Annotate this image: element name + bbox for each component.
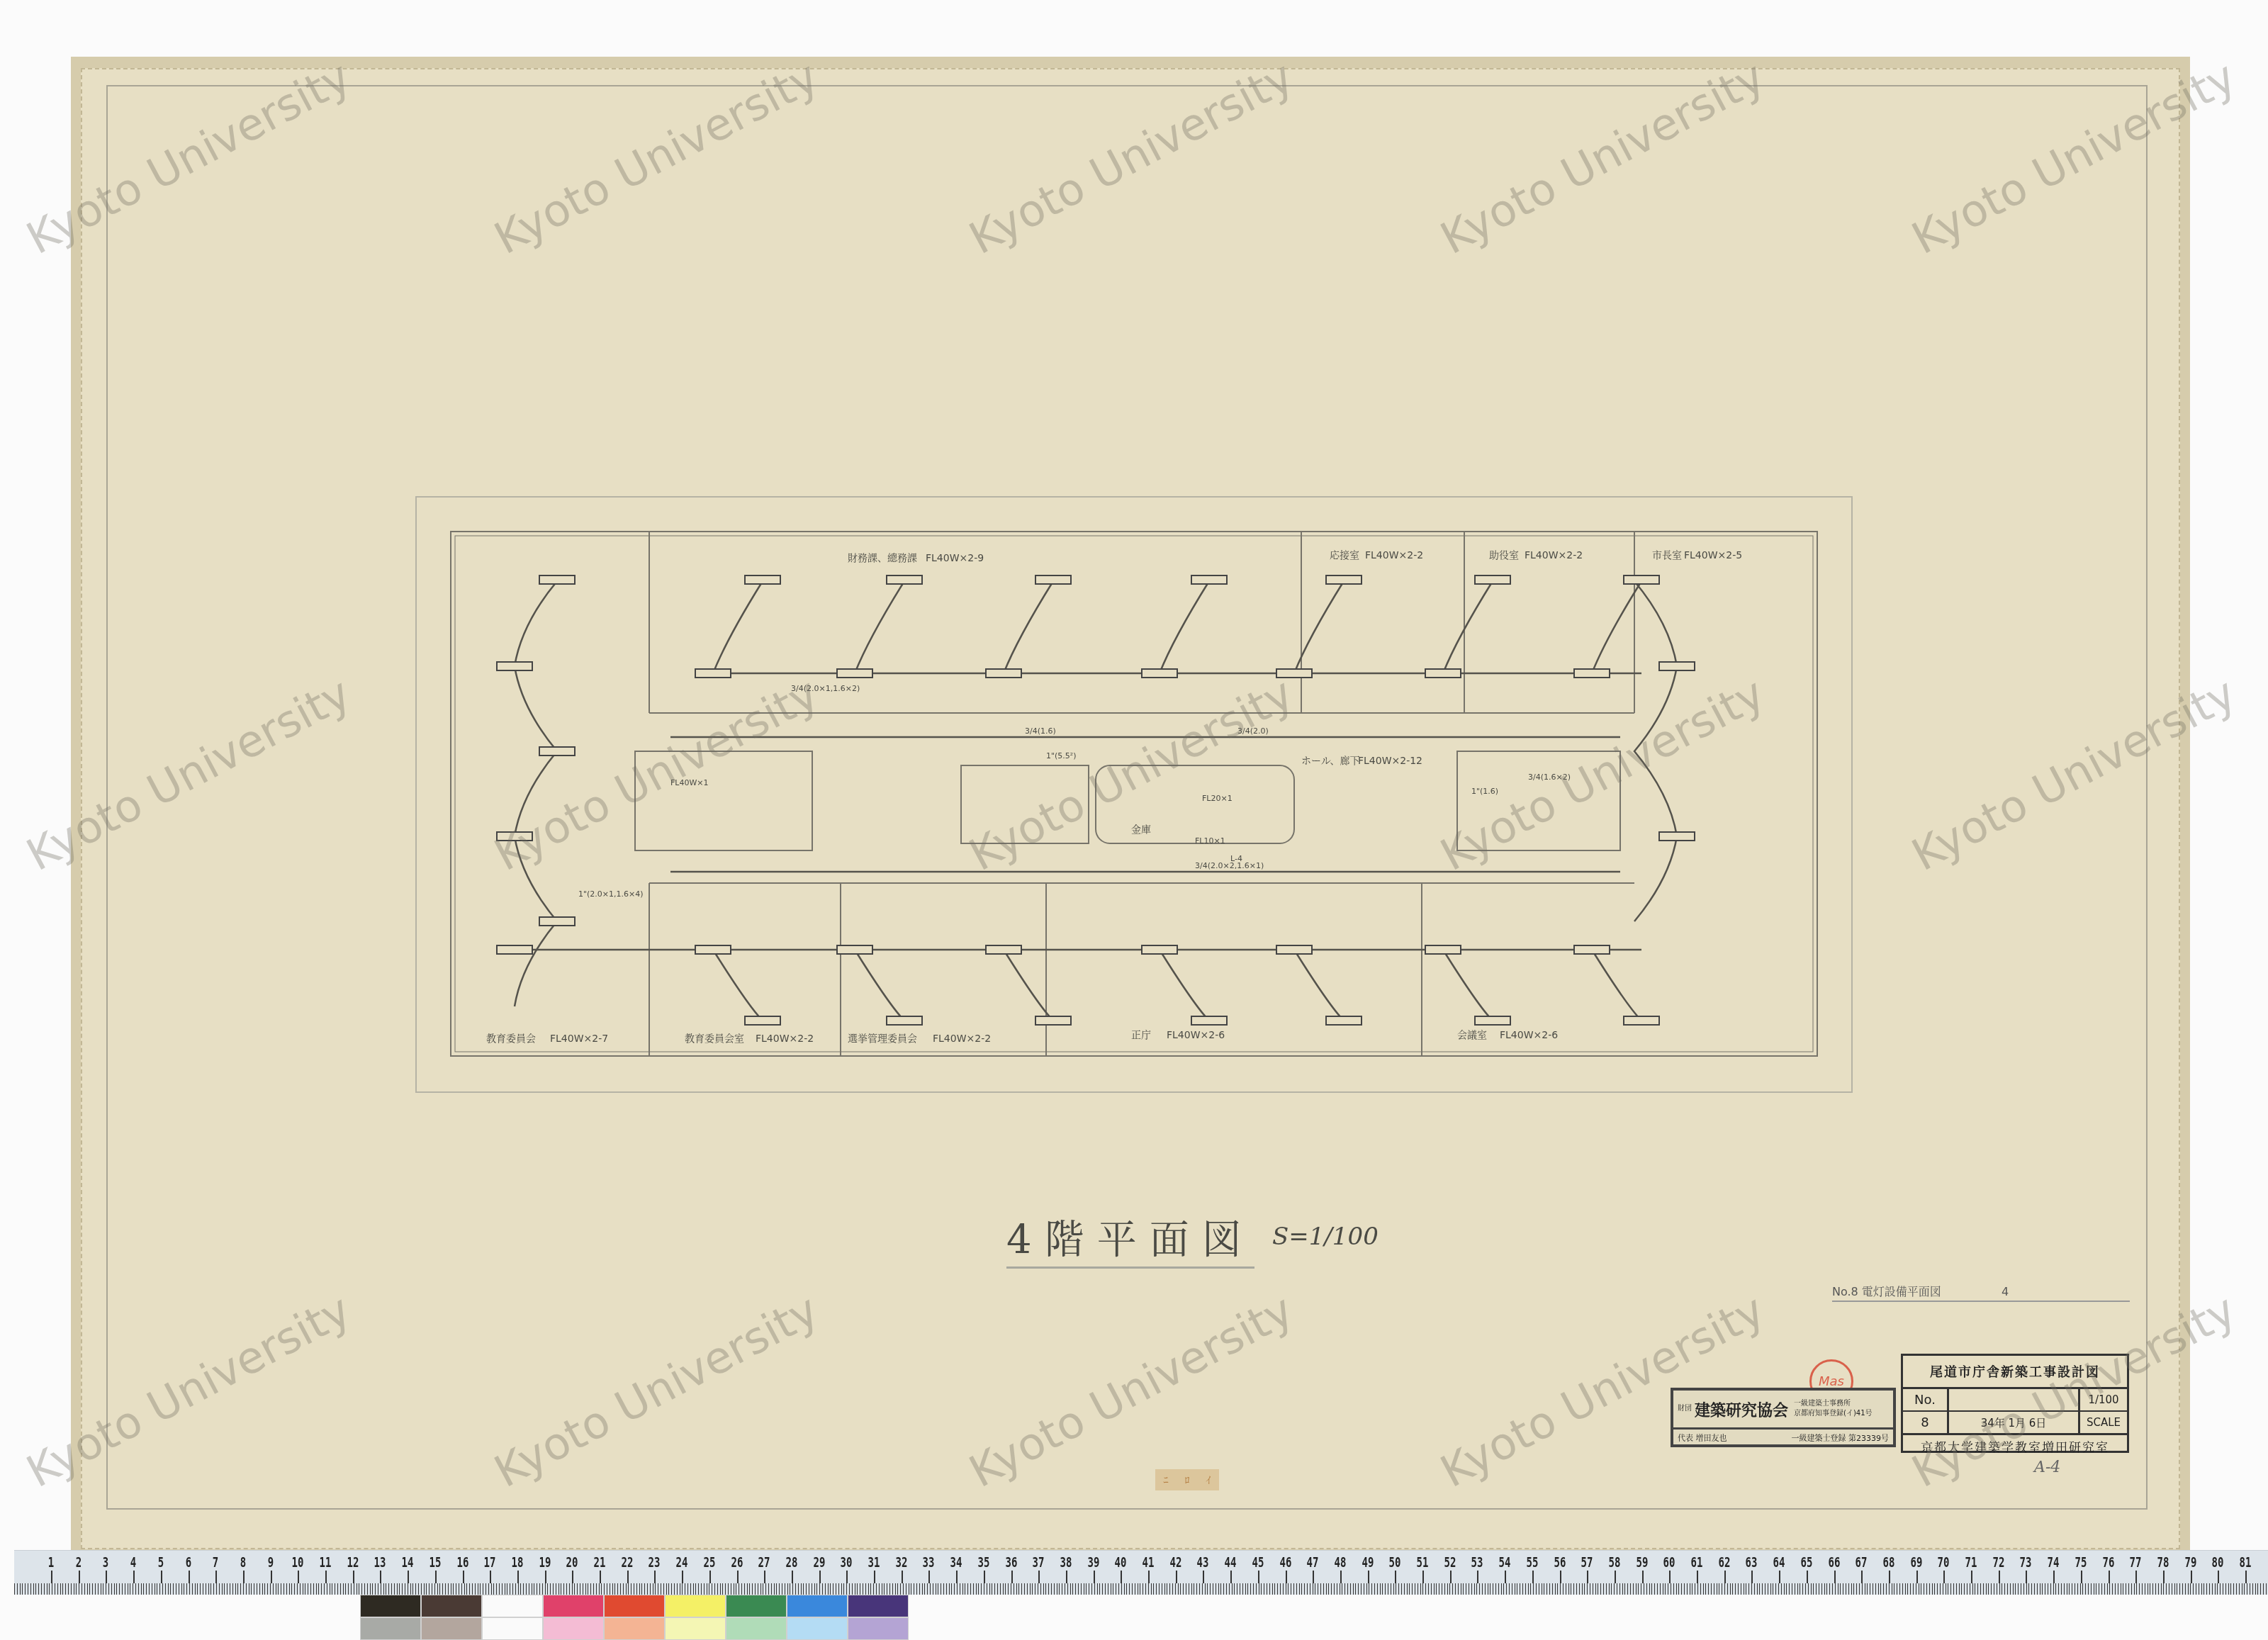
firm-prefix: 財団 xyxy=(1678,1404,1692,1414)
color-swatch xyxy=(482,1617,543,1640)
sheet-no-label: No. xyxy=(1903,1389,1947,1412)
ruler-number: 41 xyxy=(1143,1554,1155,1571)
ruler-major-tick xyxy=(1066,1571,1067,1583)
ruler-major-tick xyxy=(133,1571,135,1583)
room-fixture-education-room: FL40W×2-2 xyxy=(756,1033,814,1045)
room-label-election: 選挙管理委員会 xyxy=(848,1033,917,1045)
ruler-number: 22 xyxy=(621,1554,633,1571)
ruler-number: 57 xyxy=(1581,1554,1593,1571)
ruler-major-tick xyxy=(1807,1571,1808,1583)
firm-rep-registration: 一級建築士登録 第23339号 xyxy=(1792,1432,1890,1444)
ruler-major-tick xyxy=(1011,1571,1013,1583)
ruler-number: 37 xyxy=(1033,1554,1045,1571)
ruler-major-tick xyxy=(106,1571,107,1583)
color-swatch xyxy=(360,1595,421,1617)
ruler-number: 52 xyxy=(1444,1554,1456,1571)
ruler-number: 28 xyxy=(785,1554,797,1571)
ruler-major-tick xyxy=(1642,1571,1644,1583)
ruler-major-tick xyxy=(1532,1571,1534,1583)
ruler-major-tick xyxy=(1971,1571,1972,1583)
room-fixture-election: FL40W×2-2 xyxy=(933,1033,991,1045)
ruler-major-tick xyxy=(1587,1571,1588,1583)
ruler-number: 66 xyxy=(1828,1554,1840,1571)
ruler-major-tick xyxy=(764,1571,765,1583)
ruler-number: 53 xyxy=(1471,1554,1483,1571)
firm-registration: 一級建築士事務所 京都府知事登録(イ)41号 xyxy=(1794,1399,1873,1419)
ruler-major-tick xyxy=(1861,1571,1863,1583)
ruler-number: 10 xyxy=(292,1554,304,1571)
ruler-number: 6 xyxy=(185,1554,191,1571)
tape-mark: ﾆ xyxy=(1164,1473,1169,1487)
ruler-major-tick xyxy=(215,1571,217,1583)
ruler-number: 43 xyxy=(1197,1554,1209,1571)
ruler-number: 42 xyxy=(1169,1554,1181,1571)
ruler-number: 4 xyxy=(130,1554,136,1571)
ruler-number: 65 xyxy=(1800,1554,1812,1571)
ruler-major-tick xyxy=(1121,1571,1122,1583)
ruler-major-tick xyxy=(1779,1571,1780,1583)
ruler-number: 62 xyxy=(1718,1554,1730,1571)
ruler-major-tick xyxy=(1176,1571,1177,1583)
ruler-number: 26 xyxy=(731,1554,743,1571)
ruler-number: 30 xyxy=(841,1554,853,1571)
ruler-number: 64 xyxy=(1773,1554,1785,1571)
color-swatch xyxy=(787,1617,848,1640)
ruler-number: 36 xyxy=(1005,1554,1017,1571)
ruler-major-tick xyxy=(463,1571,464,1583)
firm-representative: 代表 增田友也 xyxy=(1678,1432,1727,1444)
ruler-number: 54 xyxy=(1499,1554,1511,1571)
ruler-number: 48 xyxy=(1334,1554,1346,1571)
ruler-major-tick xyxy=(325,1571,327,1583)
ruler-major-tick xyxy=(819,1571,821,1583)
ruler-number: 45 xyxy=(1252,1554,1264,1571)
ruler-number: 61 xyxy=(1691,1554,1703,1571)
ruler-major-tick xyxy=(2135,1571,2137,1583)
ruler-major-tick xyxy=(2245,1571,2247,1583)
wiring-label: FL10×1 xyxy=(1195,836,1225,846)
color-swatch xyxy=(787,1595,848,1617)
room-label-deputy-mayor: 助役室 xyxy=(1489,550,1519,561)
ruler-number: 51 xyxy=(1417,1554,1429,1571)
ruler-number: 9 xyxy=(267,1554,273,1571)
ruler-number: 20 xyxy=(566,1554,578,1571)
color-swatch xyxy=(604,1595,665,1617)
wiring-label: 1"(1.6) xyxy=(1471,787,1498,796)
ruler-number: 23 xyxy=(649,1554,661,1571)
ruler-number: 21 xyxy=(594,1554,606,1571)
firm-name: 建築研究協会 xyxy=(1695,1398,1788,1420)
ruler-number: 81 xyxy=(2240,1554,2252,1571)
ruler-number: 27 xyxy=(758,1554,770,1571)
wiring-label: FL20×1 xyxy=(1202,794,1233,803)
ruler-major-tick xyxy=(792,1571,793,1583)
color-swatch xyxy=(421,1617,482,1640)
ruler-major-tick xyxy=(161,1571,162,1583)
ruler-major-tick xyxy=(435,1571,437,1583)
ruler-major-tick xyxy=(572,1571,573,1583)
ruler-number: 38 xyxy=(1060,1554,1072,1571)
ruler-major-tick xyxy=(1751,1571,1753,1583)
ruler-major-tick xyxy=(984,1571,985,1583)
room-label-hall-corridor: ホール、廊下 xyxy=(1301,755,1360,767)
room-fixture-conference: FL40W×2-6 xyxy=(1500,1030,1558,1041)
ruler-major-tick xyxy=(1038,1571,1040,1583)
wiring-label: 1"(5.5²) xyxy=(1046,751,1077,760)
ruler-number: 50 xyxy=(1389,1554,1401,1571)
ruler-major-tick xyxy=(1724,1571,1726,1583)
ruler-major-tick xyxy=(517,1571,519,1583)
wiring-label: L-4 xyxy=(1230,854,1242,863)
ruler-number: 76 xyxy=(2102,1554,2114,1571)
room-fixture-mayor: FL40W×2-5 xyxy=(1684,550,1742,561)
ruler-major-tick xyxy=(1477,1571,1478,1583)
color-swatch xyxy=(482,1595,543,1617)
sheet-note-number: No.8 xyxy=(1832,1285,1858,1298)
ruler-major-tick xyxy=(709,1571,711,1583)
room-fixture-reception: FL40W×2-2 xyxy=(1365,550,1423,561)
tape-mark: ﾛ xyxy=(1185,1473,1190,1487)
room-fixture-education-board: FL40W×2-7 xyxy=(550,1033,608,1045)
ruler-major-tick xyxy=(79,1571,80,1583)
ruler-major-tick xyxy=(1313,1571,1314,1583)
ruler-number: 80 xyxy=(2212,1554,2224,1571)
drawing-scale: S=1/100 xyxy=(1272,1223,1379,1251)
ruler-number: 35 xyxy=(977,1554,989,1571)
ruler-number: 49 xyxy=(1362,1554,1374,1571)
color-swatch xyxy=(421,1595,482,1617)
ruler-major-tick xyxy=(2218,1571,2219,1583)
tape-fragment: ﾆ ﾛ ｲ xyxy=(1155,1469,1219,1490)
sheet-no-value: 8 xyxy=(1903,1412,1947,1433)
ruler-major-tick xyxy=(928,1571,930,1583)
ruler-major-tick xyxy=(1560,1571,1561,1583)
room-label-mayor: 市長室 xyxy=(1652,550,1682,561)
sheet-id: A-4 xyxy=(2034,1459,2060,1476)
ruler-number: 11 xyxy=(320,1554,332,1571)
wiring-label: 3/4(2.0×2,1.6×1) xyxy=(1195,861,1264,870)
ruler-major-tick xyxy=(380,1571,381,1583)
ruler-major-tick xyxy=(737,1571,739,1583)
color-calibration-chart xyxy=(360,1595,909,1640)
ruler-number: 32 xyxy=(895,1554,907,1571)
ruler-number: 55 xyxy=(1526,1554,1538,1571)
room-label-education-board: 教育委員会 xyxy=(486,1033,536,1045)
measuring-ruler: 1234567891011121314151617181920212223242… xyxy=(14,1550,2268,1595)
ruler-number: 58 xyxy=(1608,1554,1620,1571)
ruler-number: 79 xyxy=(2184,1554,2196,1571)
ruler-number: 15 xyxy=(429,1554,441,1571)
color-swatch xyxy=(543,1617,604,1640)
ruler-number: 59 xyxy=(1636,1554,1648,1571)
ruler-major-tick xyxy=(1203,1571,1204,1583)
scale-label: SCALE xyxy=(2080,1412,2127,1433)
ruler-major-tick xyxy=(1395,1571,1396,1583)
ruler-number: 17 xyxy=(484,1554,496,1571)
ruler-number: 25 xyxy=(703,1554,715,1571)
ruler-major-tick xyxy=(1669,1571,1671,1583)
firm-reg-line2: 京都府知事登録(イ)41号 xyxy=(1794,1410,1873,1417)
ruler-major-tick xyxy=(1450,1571,1452,1583)
ruler-number: 46 xyxy=(1279,1554,1291,1571)
ruler-number: 2 xyxy=(75,1554,81,1571)
ruler-major-tick xyxy=(1889,1571,1890,1583)
ruler-number: 40 xyxy=(1115,1554,1127,1571)
ruler-number: 68 xyxy=(1882,1554,1894,1571)
ruler-major-tick xyxy=(682,1571,683,1583)
ruler-major-tick xyxy=(1505,1571,1506,1583)
ruler-number: 67 xyxy=(1856,1554,1868,1571)
firm-reg-line1: 一級建築士事務所 xyxy=(1794,1400,1851,1408)
ruler-number: 34 xyxy=(950,1554,962,1571)
color-swatch xyxy=(665,1617,726,1640)
ruler-number: 60 xyxy=(1663,1554,1675,1571)
ruler-major-tick xyxy=(1094,1571,1095,1583)
color-swatch xyxy=(726,1595,787,1617)
drawing-title: 4階平面図 xyxy=(1006,1208,1254,1269)
color-swatch xyxy=(543,1595,604,1617)
ruler-major-tick xyxy=(1916,1571,1918,1583)
ruler-major-tick xyxy=(1943,1571,1945,1583)
ruler-number: 63 xyxy=(1746,1554,1758,1571)
ruler-number: 78 xyxy=(2157,1554,2169,1571)
ruler-number: 33 xyxy=(923,1554,935,1571)
ruler-number: 7 xyxy=(213,1554,218,1571)
color-swatch xyxy=(848,1617,909,1640)
ruler-major-tick xyxy=(2191,1571,2192,1583)
ruler-major-tick xyxy=(1286,1571,1287,1583)
ruler-major-tick xyxy=(1258,1571,1259,1583)
ruler-number: 19 xyxy=(539,1554,551,1571)
ruler-number: 73 xyxy=(2020,1554,2032,1571)
ruler-number: 71 xyxy=(1965,1554,1977,1571)
ruler-number: 14 xyxy=(402,1554,414,1571)
ruler-number: 29 xyxy=(813,1554,825,1571)
ruler-major-tick xyxy=(2109,1571,2110,1583)
tape-mark: ｲ xyxy=(1206,1473,1211,1487)
ruler-major-tick xyxy=(1230,1571,1232,1583)
ruler-major-tick xyxy=(2053,1571,2055,1583)
ruler-major-tick xyxy=(2163,1571,2165,1583)
ruler-major-tick xyxy=(1368,1571,1369,1583)
ruler-major-tick xyxy=(189,1571,190,1583)
ruler-number: 69 xyxy=(1910,1554,1922,1571)
ruler-number: 3 xyxy=(103,1554,108,1571)
sheet-note: No.8 電灯設備平面図 4 xyxy=(1832,1283,2130,1302)
ruler-number: 24 xyxy=(676,1554,688,1571)
ruler-major-tick xyxy=(846,1571,848,1583)
ruler-major-tick xyxy=(51,1571,52,1583)
color-swatch xyxy=(604,1617,665,1640)
ruler-number: 8 xyxy=(240,1554,246,1571)
ruler-number: 70 xyxy=(1938,1554,1950,1571)
ruler-number: 31 xyxy=(868,1554,880,1571)
ruler-number: 13 xyxy=(374,1554,386,1571)
room-fixture-deputy-mayor: FL40W×2-2 xyxy=(1525,550,1583,561)
ruler-numbers: 1234567891011121314151617181920212223242… xyxy=(14,1554,2268,1569)
ruler-major-tick xyxy=(956,1571,958,1583)
ruler-number: 56 xyxy=(1554,1554,1566,1571)
ruler-major-tick xyxy=(298,1571,299,1583)
room-fixture-main-hall: FL40W×2-6 xyxy=(1167,1030,1225,1041)
color-swatch xyxy=(360,1617,421,1640)
ruler-number: 75 xyxy=(2075,1554,2087,1571)
ruler-major-tick xyxy=(2081,1571,2082,1583)
ruler-major-tick xyxy=(600,1571,601,1583)
wiring-label: 1"(2.0×1,1.6×4) xyxy=(578,889,644,899)
ruler-number: 39 xyxy=(1087,1554,1099,1571)
wiring-label: 3/4(1.6) xyxy=(1025,726,1056,736)
color-swatch xyxy=(848,1595,909,1617)
ruler-major-tick xyxy=(353,1571,354,1583)
ruler-major-tick xyxy=(627,1571,629,1583)
room-fixture-hall-corridor: FL40W×2-12 xyxy=(1358,756,1422,767)
ruler-major-tick xyxy=(408,1571,409,1583)
ruler-major-tick xyxy=(1697,1571,1698,1583)
ruler-number: 18 xyxy=(511,1554,523,1571)
ruler-major-tick xyxy=(874,1571,875,1583)
room-label-finance: 財務課、總務課 xyxy=(848,553,917,564)
firm-stamp: 財団 建築研究協会 一級建築士事務所 京都府知事登録(イ)41号 代表 增田友也… xyxy=(1671,1388,1896,1447)
ruler-number: 74 xyxy=(2048,1554,2060,1571)
ruler-major-tick xyxy=(1422,1571,1424,1583)
ruler-number: 12 xyxy=(347,1554,359,1571)
ruler-major-tick xyxy=(902,1571,903,1583)
room-label-reception: 応接室 xyxy=(1330,549,1359,561)
room-label-vault: 金庫 xyxy=(1131,824,1151,836)
ruler-major-tick xyxy=(654,1571,656,1583)
ruler-number: 77 xyxy=(2130,1554,2142,1571)
ruler-major-tick xyxy=(1148,1571,1150,1583)
ruler-major-tick xyxy=(1340,1571,1342,1583)
ruler-major-tick xyxy=(271,1571,272,1583)
ruler-number: 47 xyxy=(1307,1554,1319,1571)
color-swatch xyxy=(665,1595,726,1617)
ruler-number: 5 xyxy=(158,1554,164,1571)
ruler-number: 1 xyxy=(48,1554,54,1571)
ruler-major-tick xyxy=(243,1571,245,1583)
ruler-major-tick xyxy=(2026,1571,2027,1583)
ruler-major-tick xyxy=(545,1571,546,1583)
ruler-major-tick xyxy=(490,1571,491,1583)
sheet-note-title: 電灯設備平面図 xyxy=(1862,1285,1941,1298)
ruler-number: 44 xyxy=(1225,1554,1237,1571)
room-fixture-finance: FL40W×2-9 xyxy=(926,553,984,564)
color-swatch xyxy=(726,1617,787,1640)
ruler-major-tick xyxy=(1615,1571,1616,1583)
room-label-education-room: 教育委員会室 xyxy=(685,1033,744,1045)
room-label-main-hall: 正庁 xyxy=(1131,1030,1151,1041)
ruler-ticks xyxy=(14,1583,2268,1595)
ruler-number: 72 xyxy=(1992,1554,2004,1571)
room-label-conference: 会議室 xyxy=(1457,1030,1487,1041)
sheet-note-page: 4 xyxy=(2002,1285,2009,1298)
ruler-major-tick xyxy=(1834,1571,1836,1583)
ruler-number: 16 xyxy=(456,1554,468,1571)
ruler-major-tick xyxy=(1999,1571,2000,1583)
